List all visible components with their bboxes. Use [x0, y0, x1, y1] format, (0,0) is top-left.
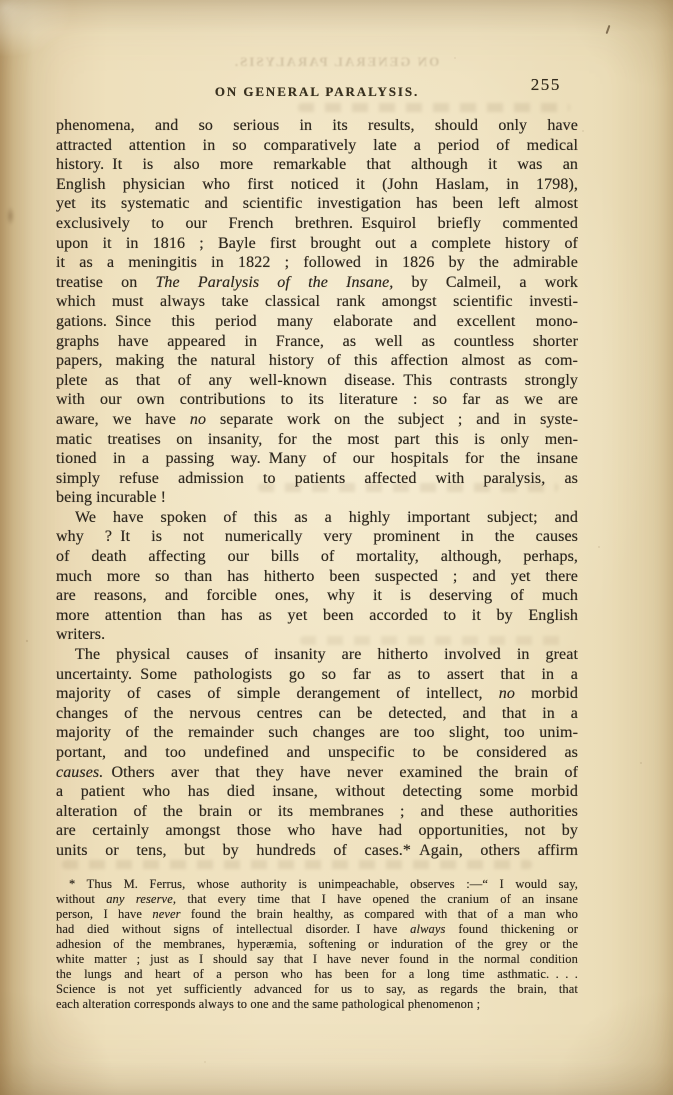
- text-line: it as a meningitis in 1822 ; followed in…: [56, 253, 578, 273]
- text-line: being incurable !: [56, 488, 578, 508]
- text-line: alteration of the brain or its membranes…: [56, 802, 578, 822]
- text-line: adhesion of the membranes, hyperæmia, so…: [56, 937, 578, 952]
- text-line: upon it in 1816 ; Bayle first brought ou…: [56, 234, 578, 254]
- text-line: more attention than has as yet been acco…: [56, 606, 578, 626]
- text-line: much more so than has hitherto been susp…: [56, 567, 578, 587]
- text-line: matic treatises on insanity, for the mos…: [56, 430, 578, 450]
- text-line: uncertainty. Some pathologists go so far…: [56, 665, 578, 685]
- text-line: changes of the nervous centres can be de…: [56, 704, 578, 724]
- text-line: portant, and too undefined and unspecifi…: [56, 743, 578, 763]
- text-line: the lungs and heart of a person who has …: [56, 967, 578, 982]
- text-line: had died without signs of intellectual d…: [56, 922, 578, 937]
- text-line: tioned in a passing way. Many of our hos…: [56, 449, 578, 469]
- text-line: a patient who has died insane, without d…: [56, 782, 578, 802]
- text-line: of death affecting our bills of mortalit…: [56, 547, 578, 567]
- text-line: why ? It is not numerically very promine…: [56, 527, 578, 547]
- text-line: graphs have appeared in France, as well …: [56, 332, 578, 352]
- running-header: ON GENERAL PARALYSIS.: [56, 84, 578, 100]
- text-line: units or tens, but by hundreds of cases.…: [56, 841, 578, 861]
- text-line: without any reserve, that every time tha…: [56, 892, 578, 907]
- text-line: Science is not yet sufficiently advanced…: [56, 982, 578, 997]
- text-line: aware, we have no separate work on the s…: [56, 410, 578, 430]
- text-line: simply refuse admission to patients affe…: [56, 469, 578, 489]
- text-line: attracted attention in so comparatively …: [56, 136, 578, 156]
- book-page-scan: ON GENERAL PARALYSIS. ON GENERAL PARALYS…: [0, 0, 673, 1095]
- text-line: phenomena, and so serious in its results…: [56, 116, 578, 136]
- text-line: which must always take classical rank am…: [56, 292, 578, 312]
- text-line: each alteration corresponds always to on…: [56, 997, 578, 1012]
- text-line: papers, making the natural history of th…: [56, 351, 578, 371]
- text-line: majority of the remainder such changes a…: [56, 723, 578, 743]
- text-line: treatise on The Paralysis of the Insane,…: [56, 273, 578, 293]
- text-line: The physical causes of insanity are hith…: [56, 645, 578, 665]
- text-line: with our own contributions to its litera…: [56, 390, 578, 410]
- text-line: We have spoken of this as a highly impor…: [56, 508, 578, 528]
- show-through-smudge: [298, 103, 570, 112]
- text-line: yet its systematic and scientific invest…: [56, 194, 578, 214]
- text-line: exclusively to our French brethren. Esqu…: [56, 214, 578, 234]
- show-through-smudge: [62, 860, 532, 869]
- text-line: are certainly amongst those who have had…: [56, 821, 578, 841]
- text-line: majority of cases of simple derangement …: [56, 684, 578, 704]
- footnote: * Thus M. Ferrus, whose authority is uni…: [56, 877, 578, 1012]
- page-edge-crease: [5, 202, 17, 230]
- text-line: history. It is also more remarkable that…: [56, 155, 578, 175]
- page-number: 255: [531, 75, 561, 95]
- text-line: are reasons, and forcible ones, why it i…: [56, 586, 578, 606]
- body-text: phenomena, and so serious in its results…: [56, 116, 578, 861]
- text-line: causes. Others aver that they have never…: [56, 763, 578, 783]
- text-line: gations. Since this period many elaborat…: [56, 312, 578, 332]
- text-line: * Thus M. Ferrus, whose authority is uni…: [56, 877, 578, 892]
- show-through-header: ON GENERAL PARALYSIS.: [126, 54, 546, 70]
- text-line: white matter ; just as I should say that…: [56, 952, 578, 967]
- text-line: plete as that of any well-known disease.…: [56, 371, 578, 391]
- text-line: writers.: [56, 625, 578, 645]
- ink-mark: [606, 25, 611, 34]
- text-line: person, I have never found the brain hea…: [56, 907, 578, 922]
- text-line: English physician who first noticed it (…: [56, 175, 578, 195]
